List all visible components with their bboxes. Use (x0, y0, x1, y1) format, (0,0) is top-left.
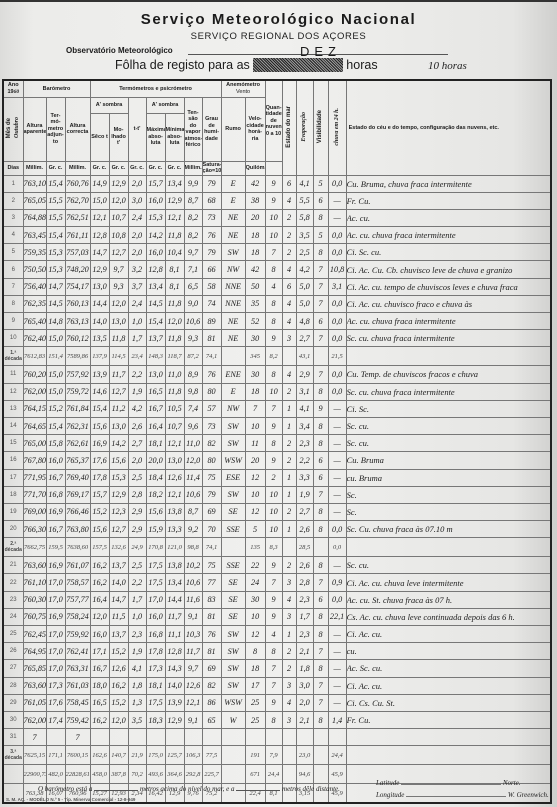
vis-cell: 5 (313, 227, 328, 244)
term-cell: 15,0 (46, 366, 65, 383)
term-cell: 16,8 (46, 486, 65, 503)
rumo-cell: NE (221, 313, 245, 330)
hum-cell (202, 729, 221, 746)
unit-grc: Gr. c. (146, 161, 165, 175)
alt_ap-cell: 7625,15 (23, 746, 46, 765)
alt_ap-cell: 766,30 (23, 521, 46, 538)
evap-cell: 2,6 (296, 557, 313, 574)
term-cell: 15,8 (46, 435, 65, 452)
table-row: 28763,6017,3761,0318,016,21,818,114,012,… (3, 677, 551, 694)
max-cell: 18,2 (146, 486, 165, 503)
tensao-cell: 9,1 (184, 711, 202, 728)
max-cell: 170,8 (146, 538, 165, 557)
evap-cell: 2,3 (296, 591, 313, 608)
table-row: 6750,5015,3748,2012,99,73,212,88,17,166N… (3, 261, 551, 278)
hum-cell: 75 (202, 557, 221, 574)
diff-cell: 2,9 (128, 503, 146, 520)
alt_cor-cell: 754,17 (65, 278, 90, 295)
nuv-cell: 7 (265, 660, 282, 677)
hum-cell: 73 (202, 209, 221, 226)
mar-cell: 4 (282, 261, 296, 278)
imprint: S. M. AÇ. - MODÊLO N.º 5 - Tip. Minerva … (6, 797, 135, 802)
term-cell: 17,0 (46, 591, 65, 608)
vis-cell: 9 (313, 400, 328, 417)
diff-cell: 2,0 (128, 227, 146, 244)
alt_cor-cell: 766,46 (65, 503, 90, 520)
sky-state-cell: cu. Bruma (346, 469, 551, 486)
max-cell: 148,3 (146, 347, 165, 366)
max-cell: 18,1 (146, 677, 165, 694)
nuv-cell (265, 729, 282, 746)
shade-header-1: A' sombra (90, 97, 128, 113)
term-cell: 151,4 (46, 347, 65, 366)
molh-cell: 132,6 (109, 538, 128, 557)
vel-cell: 18 (245, 244, 265, 261)
vel-cell: 18 (245, 227, 265, 244)
diff-cell: 2,0 (128, 244, 146, 261)
vel-cell: 22 (245, 557, 265, 574)
table-row: 7756,4014,7754,1713,09,33,713,48,16,558N… (3, 278, 551, 295)
molh-cell: 15,6 (109, 452, 128, 469)
seco-cell: 14,0 (90, 313, 109, 330)
unit-saturation: Satura-ção=100 (202, 161, 221, 175)
term-cell: 17,4 (46, 711, 65, 728)
tensao-cell: 11,4 (184, 469, 202, 486)
rain-header: chuva em 24 h. (328, 80, 346, 175)
diff-cell: 1,9 (128, 643, 146, 660)
max-cell: 175,0 (146, 746, 165, 765)
table-row: 8762,3514,5760,1314,412,02,414,511,89,07… (3, 295, 551, 312)
max-cell: 17,3 (146, 660, 165, 677)
table-row: 23760,3017,0757,7716,414,71,717,014,411,… (3, 591, 551, 608)
sky-state-cell: Sc. cu. (346, 557, 551, 574)
max-cell: 13,0 (146, 366, 165, 383)
hum-cell: 58 (202, 278, 221, 295)
day-cell: 30 (3, 711, 23, 728)
sky-state-cell: Ac. cu. (346, 209, 551, 226)
term-cell: 16,9 (46, 557, 65, 574)
nuv-cell: 9 (265, 591, 282, 608)
unit-km: Quilóm. (245, 161, 265, 175)
vel-cell: 50 (245, 278, 265, 295)
rumo-cell: SW (221, 677, 245, 694)
nuv-cell: 8,2 (265, 347, 282, 366)
day-cell: 2 (3, 192, 23, 209)
sea-state-header: Estado do mar (282, 80, 296, 175)
term-cell: 15,0 (46, 383, 65, 400)
hum-cell: 81 (202, 608, 221, 625)
molh-cell: 13,7 (109, 557, 128, 574)
hum-cell: 79 (202, 486, 221, 503)
seco-cell: 15,6 (90, 417, 109, 434)
rumo-cell: SW (221, 244, 245, 261)
chuva-cell: 0,0 (328, 366, 346, 383)
vis-cell: 8 (313, 711, 328, 728)
day-cell: 17 (3, 469, 23, 486)
diff-cell: 1,0 (128, 608, 146, 625)
alt_ap-cell: 765,05 (23, 192, 46, 209)
molh-cell: 11,7 (109, 366, 128, 383)
max-cell: 15,4 (146, 313, 165, 330)
min-cell: 12,1 (165, 209, 184, 226)
alt_cor-cell: 7600,15 (65, 746, 90, 765)
mar-cell: 2 (282, 557, 296, 574)
hum-cell: 70 (202, 521, 221, 538)
term-cell: 16,9 (46, 608, 65, 625)
sky-state-cell: Sc. cu. chuva fraca intermitente (346, 383, 551, 400)
alt_ap-cell: 764,15 (23, 400, 46, 417)
vis-cell: 7 (313, 330, 328, 347)
seco-cell: 14,9 (90, 175, 109, 192)
sheet-prefix: Fôlha de registo para as (115, 58, 250, 72)
nuv-cell: 4 (265, 278, 282, 295)
mar-cell: 1 (282, 521, 296, 538)
alt_cor-cell: 762,70 (65, 192, 90, 209)
alt_cor-cell: 769,17 (65, 486, 90, 503)
evap-cell: 4,1 (296, 400, 313, 417)
evap-cell: 2,1 (296, 711, 313, 728)
chuva-cell: — (328, 643, 346, 660)
chuva-cell: 0,0 (328, 175, 346, 192)
alt_ap-cell: 771,70 (23, 486, 46, 503)
seco-cell: 17,8 (90, 469, 109, 486)
vel-cell: 24 (245, 574, 265, 591)
struck-hours: VINTE E DUAS (253, 58, 343, 72)
observation-table: Ano1960 Barómetro Termómetros e psicróme… (2, 79, 552, 804)
rumo-cell: SSE (221, 557, 245, 574)
hum-cell: 80 (202, 452, 221, 469)
chuva-cell: 0,0 (328, 538, 346, 557)
vel-cell: 38 (245, 192, 265, 209)
mar-cell: 1 (282, 486, 296, 503)
sky-state-cell: Sc. cu. (346, 417, 551, 434)
chuva-cell: — (328, 503, 346, 520)
nuv-cell: 7 (265, 677, 282, 694)
unit-grc: Gr. c. (109, 161, 128, 175)
hum-cell: 69 (202, 660, 221, 677)
hum-cell: 81 (202, 643, 221, 660)
day-cell: 18 (3, 486, 23, 503)
vel-cell: 8 (245, 643, 265, 660)
tensao-cell: 9,9 (184, 175, 202, 192)
molh-cell: 15,2 (109, 643, 128, 660)
chuva-cell: — (328, 660, 346, 677)
diff-cell: 3,5 (128, 711, 146, 728)
molh-cell: 14,7 (109, 591, 128, 608)
sky-state-cell: Sc. (346, 503, 551, 520)
seco-cell: 14,7 (90, 244, 109, 261)
alt_cor-cell: 765,37 (65, 452, 90, 469)
nuv-cell: 7 (265, 400, 282, 417)
nuv-cell: 10 (265, 503, 282, 520)
min-cell: 14,4 (165, 591, 184, 608)
diff-cell: 1,0 (128, 313, 146, 330)
tensao-cell: 87,2 (184, 347, 202, 366)
vapour-header: Ten-são do vapor atmos-férico (184, 97, 202, 161)
hum-cell: 73 (202, 417, 221, 434)
diff-cell: 2,5 (128, 557, 146, 574)
max-cell: 17,5 (146, 694, 165, 711)
vis-cell: 8 (313, 244, 328, 261)
vis-cell (313, 347, 328, 366)
alt_cor-cell: 763,31 (65, 660, 90, 677)
rumo-cell: ESE (221, 469, 245, 486)
rumo-cell: E (221, 192, 245, 209)
diff-cell: 1,3 (128, 694, 146, 711)
vis-cell: 8 (313, 521, 328, 538)
mar-cell: 2 (282, 660, 296, 677)
vel-total: 671 (245, 765, 265, 784)
seco-cell: 15,2 (90, 503, 109, 520)
nuv-cell: 10 (265, 486, 282, 503)
mar-cell: 2 (282, 452, 296, 469)
diff-cell: 3,2 (128, 261, 146, 278)
form-title: Serviço Meteorológico Nacional (0, 11, 557, 28)
table-row: 16767,8016,0765,3717,615,62,020,013,012,… (3, 452, 551, 469)
decade-total-row: 1.ª década7612,83151,47589,86137,9114,52… (3, 347, 551, 366)
nuv-cell: 8 (265, 261, 282, 278)
vel-cell: 191 (245, 746, 265, 765)
tensao-cell: 9,7 (184, 244, 202, 261)
vis-cell: 6 (313, 452, 328, 469)
vis-cell: 7 (313, 366, 328, 383)
vel-cell: 12 (245, 503, 265, 520)
table-row: 11760,2015,0757,9213,911,72,213,011,08,9… (3, 366, 551, 383)
tensao-cell: 9,1 (184, 608, 202, 625)
vel-cell: 52 (245, 313, 265, 330)
hum-cell: 69 (202, 503, 221, 520)
tensao-cell: 8,7 (184, 192, 202, 209)
seco-cell: 15,7 (90, 486, 109, 503)
min-cell: 10,7 (165, 417, 184, 434)
rumo-cell: SW (221, 486, 245, 503)
tensao-cell: 9,3 (184, 330, 202, 347)
diff-cell: 1,7 (128, 330, 146, 347)
day-cell: 1 (3, 175, 23, 192)
diff-cell: 2,8 (128, 486, 146, 503)
vis-cell: 7 (313, 643, 328, 660)
table-row: 25762,4517,0759,9216,013,72,316,811,110,… (3, 626, 551, 643)
alt_ap-cell: 763,45 (23, 227, 46, 244)
chuva-cell: — (328, 469, 346, 486)
vel-cell: 20 (245, 452, 265, 469)
nuv-cell: 7 (265, 244, 282, 261)
nuv-cell: 8 (265, 366, 282, 383)
chuva-cell: — (328, 677, 346, 694)
chuva-cell: 0,0 (328, 227, 346, 244)
max-header: Máxima abso-luta (146, 113, 165, 161)
diff-cell: 2,9 (128, 521, 146, 538)
nuv-cell: 9 (265, 175, 282, 192)
nuv-cell: 2 (265, 469, 282, 486)
sky-state-cell: Sc. cu. chuva fraca intermitente (346, 330, 551, 347)
chuva-cell: 0,0 (328, 295, 346, 312)
vis-cell: 7 (313, 677, 328, 694)
molh-cell: 13,0 (109, 417, 128, 434)
decade-label: 1.ª década (3, 347, 23, 366)
seco-cell: 18,0 (90, 677, 109, 694)
min-cell: 12,9 (165, 192, 184, 209)
sky-state-cell (346, 729, 551, 746)
dry-header: Sêco t (90, 113, 109, 161)
rumo-cell: SE (221, 591, 245, 608)
diff-cell: 2,6 (128, 417, 146, 434)
day-cell: 22 (3, 574, 23, 591)
table-row: 13764,1515,2761,8415,411,24,216,710,57,4… (3, 400, 551, 417)
vis-cell (313, 729, 328, 746)
nuv-cell: 10 (265, 227, 282, 244)
alt_cor-cell: 760,76 (65, 175, 90, 192)
seco-cell: 137,9 (90, 347, 109, 366)
vel-cell: 10 (245, 608, 265, 625)
diff-total: 70,2 (128, 765, 146, 784)
sky-state-cell: Sc. Cu. chuva fraca às 07.10 m (346, 521, 551, 538)
vis-cell: 7 (313, 261, 328, 278)
sheet-heading: Fôlha de registo para as VINTE E DUAS ho… (115, 58, 378, 72)
mar-cell (282, 347, 296, 366)
alt_cor-cell: 762,51 (65, 209, 90, 226)
seco-cell: 16,4 (90, 591, 109, 608)
alt_ap-cell: 764,95 (23, 643, 46, 660)
chuva-cell: 0,0 (328, 313, 346, 330)
tensao-cell: 106,3 (184, 746, 202, 765)
chuva-cell: 21,5 (328, 347, 346, 366)
vis-cell: 8 (313, 608, 328, 625)
vis-cell: 7 (313, 486, 328, 503)
day-cell: 20 (3, 521, 23, 538)
table-row: 3764,8815,5762,5112,110,72,415,312,18,27… (3, 209, 551, 226)
vel-cell: 25 (245, 694, 265, 711)
tensao-cell: 8,7 (184, 503, 202, 520)
max-cell: 14,2 (146, 227, 165, 244)
day-cell: 29 (3, 694, 23, 711)
term-cell: 17,0 (46, 643, 65, 660)
rumo-cell (221, 746, 245, 765)
chuva-cell: — (328, 694, 346, 711)
alt_ap-cell: 759,35 (23, 244, 46, 261)
alt_ap-cell: 761,10 (23, 574, 46, 591)
unit-millim: Millim. (184, 161, 202, 175)
hum-cell: 89 (202, 313, 221, 330)
evap-cell (296, 729, 313, 746)
vis-cell: 8 (313, 383, 328, 400)
hum-cell: 66 (202, 261, 221, 278)
evap-cell: 2,0 (296, 694, 313, 711)
diff-cell: 1,9 (128, 383, 146, 400)
table-row: 5759,3515,3757,0314,712,72,016,010,49,77… (3, 244, 551, 261)
molh-cell: 12,0 (109, 711, 128, 728)
sky-state-cell: Ac. Sc. cu. (346, 660, 551, 677)
term-cell: 14,8 (46, 313, 65, 330)
rumo-cell: E (221, 383, 245, 400)
rumo-cell: NW (221, 261, 245, 278)
evap-cell: 2,5 (296, 244, 313, 261)
table-row: 22761,1017,0758,5716,214,02,217,513,410,… (3, 574, 551, 591)
mar-cell: 1 (282, 417, 296, 434)
max-cell: 17,5 (146, 557, 165, 574)
alt_cor-cell: 761,03 (65, 677, 90, 694)
term-cell: 159,5 (46, 538, 65, 557)
day-cell: 8 (3, 295, 23, 312)
rumo-cell: W (221, 711, 245, 728)
molh-cell: 140,7 (109, 746, 128, 765)
rumo-cell (221, 729, 245, 746)
alt_ap-cell: 7 (23, 729, 46, 746)
max-cell: 18,3 (146, 711, 165, 728)
molh-cell: 12,0 (109, 192, 128, 209)
min-cell: 8,1 (165, 278, 184, 295)
mar-cell: 2 (282, 244, 296, 261)
tensao-cell: 10,3 (184, 626, 202, 643)
chuva-cell: 0,0 (328, 591, 346, 608)
visibility-header: Visibilidade (313, 80, 328, 175)
nuv-cell: 4 (265, 626, 282, 643)
vis-cell: 6 (313, 469, 328, 486)
alt_ap-cell: 765,40 (23, 313, 46, 330)
day-cell: 27 (3, 660, 23, 677)
min-cell: 12,1 (165, 435, 184, 452)
evap-total: 94,6 (296, 765, 313, 784)
decade-total-row: 2.ª década7662,75159,57638,60157,5132,62… (3, 538, 551, 557)
alt_cor-cell: 763,80 (65, 521, 90, 538)
alt_ap-cell: 763,10 (23, 175, 46, 192)
chuva-cell: 0,0 (328, 521, 346, 538)
table-row: 19769,0016,9766,4615,212,32,915,613,88,7… (3, 503, 551, 520)
max-cell: 13,7 (146, 330, 165, 347)
chuva-cell: — (328, 417, 346, 434)
vis-cell: 8 (313, 626, 328, 643)
molh-cell: 12,7 (109, 244, 128, 261)
evap-cell: 5,5 (296, 192, 313, 209)
molh-cell: 114,5 (109, 347, 128, 366)
alt_cor-cell: 759,92 (65, 626, 90, 643)
min-header: Mínima abso-luta (165, 113, 184, 161)
max-cell: 16,7 (146, 400, 165, 417)
molh-cell: 12,9 (109, 486, 128, 503)
min-cell: 11,8 (165, 330, 184, 347)
seco-cell (90, 729, 109, 746)
seco-cell: 16,0 (90, 626, 109, 643)
tensao-cell: 9,2 (184, 521, 202, 538)
evap-cell: 4,1 (296, 175, 313, 192)
month-header: Mês de Outubro (3, 97, 23, 161)
molh-cell: 13,7 (109, 626, 128, 643)
molh-cell: 15,2 (109, 694, 128, 711)
seco-cell: 16,7 (90, 660, 109, 677)
seco-cell: 13,9 (90, 366, 109, 383)
day-cell: 28 (3, 677, 23, 694)
alt_ap-cell: 756,40 (23, 278, 46, 295)
seco-total: 458,0 (90, 765, 109, 784)
mar-cell: 4 (282, 366, 296, 383)
hum-cell: 79 (202, 175, 221, 192)
max-cell: 13,4 (146, 278, 165, 295)
sheet-suffix: horas (346, 58, 377, 72)
sky-state-cell: Ci. Ac. cu. chuva leve intermitente (346, 574, 551, 591)
rumo-cell: SW (221, 660, 245, 677)
day-cell: 10 (3, 330, 23, 347)
mar-cell: 3 (282, 608, 296, 625)
nuv-cell: 8 (265, 711, 282, 728)
term-cell: 17,6 (46, 694, 65, 711)
chuva-cell: — (328, 209, 346, 226)
min-cell: 12,6 (165, 469, 184, 486)
nuv-cell: 9 (265, 330, 282, 347)
max-cell: 18,1 (146, 435, 165, 452)
diff-cell: 4,1 (128, 660, 146, 677)
rumo-cell (221, 538, 245, 557)
diff-cell: 2,2 (128, 574, 146, 591)
